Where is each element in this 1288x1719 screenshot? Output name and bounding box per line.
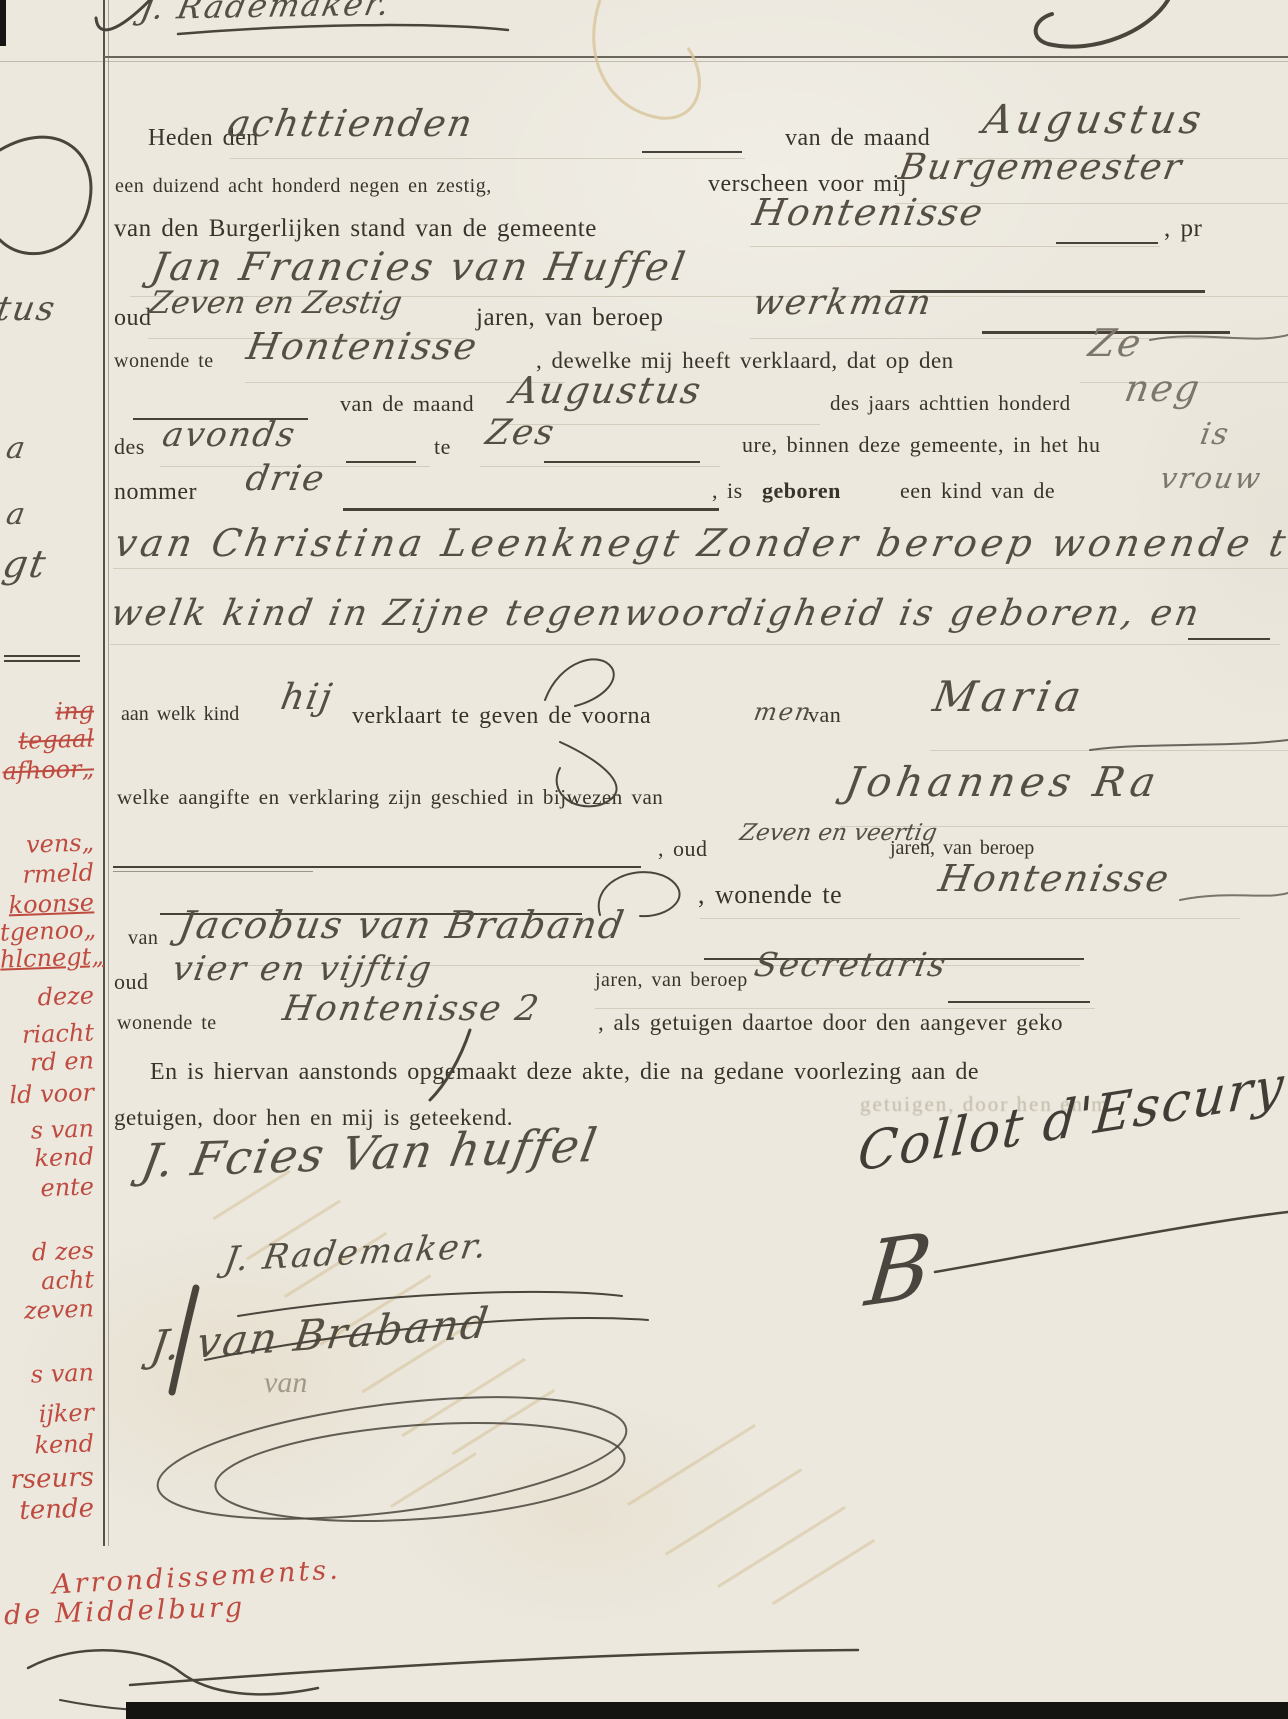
showthrough-word: van (264, 1368, 307, 1398)
printed-text: jaren, van beroep (890, 838, 1034, 858)
guide-line (750, 246, 1160, 247)
margin-note-red: rseurs (0, 1464, 94, 1493)
flourish-left-big-loop (0, 137, 91, 253)
handwritten-witness2-name: Jacobus van Braband (176, 906, 628, 944)
margin-note-red: koonse (0, 890, 94, 917)
signature-declarant: J. Fcies Van huffel (138, 1122, 602, 1184)
flourish-official-underline (935, 1212, 1288, 1272)
printed-text: verklaart te geven de voorna (352, 704, 651, 728)
handwritten-hij: hij (278, 680, 336, 716)
previous-act-signature: J. Rademaker. (138, 0, 394, 24)
printed-text: jaren, van beroep (595, 970, 748, 990)
guide-line (113, 568, 1288, 569)
margin-note-red: s van (0, 1360, 94, 1387)
margin-note-red: ente (0, 1174, 94, 1201)
margin-double-dash (4, 655, 80, 657)
signature-official-flourish-initial: B (862, 1221, 938, 1320)
flourish-bottom-long-tail (130, 1650, 858, 1685)
printed-text: een kind van de (900, 480, 1055, 502)
hatch-mark (390, 1452, 476, 1508)
handwritten-occupation: werkman (750, 286, 935, 321)
printed-text: van den Burgerlijken stand van de gemeen… (114, 216, 597, 241)
guide-line (595, 1008, 1095, 1009)
filled-dash (113, 871, 313, 872)
margin-note-red: tende (0, 1495, 94, 1524)
flourish-maria-tail (1090, 740, 1288, 750)
margin-note-red: hlcnegt„ (0, 944, 94, 971)
hatch-mark (627, 1424, 756, 1506)
filled-dash (113, 866, 641, 868)
handwritten-house-number: drie (243, 462, 328, 497)
top-horizontal-rule-faint (0, 61, 1288, 62)
guide-line (750, 338, 1230, 339)
printed-text: oud (114, 971, 149, 993)
handwritten-month: Augustus (508, 372, 705, 409)
guide-line (230, 158, 745, 159)
margin-note-red: s van (0, 1116, 94, 1143)
printed-text: des jaars achttien honderd (830, 393, 1071, 414)
guide-line (930, 750, 1288, 751)
handwritten-presence-line: welk kind in Zijne tegenwoordigheid is g… (108, 596, 1204, 632)
filled-dash (1188, 638, 1270, 640)
margin-fragment-black: a (4, 434, 29, 464)
margin-note-red: deze (0, 983, 94, 1010)
handwritten-witness2-occupation: Secretaris (752, 948, 950, 981)
flourish-ellipse1 (151, 1376, 633, 1541)
guide-line (110, 644, 1280, 645)
handwritten-year-fragment: neg (1122, 370, 1204, 407)
scan-edge-bottom (126, 1702, 1288, 1719)
printed-text: , als getuigen daartoe door den aangever… (598, 1011, 1063, 1034)
vertical-margin-rule-thin (108, 0, 109, 1546)
filled-dash (948, 1001, 1090, 1003)
printed-text: , is (712, 480, 743, 502)
margin-note-red: tegaal (0, 726, 94, 753)
filled-dash (346, 461, 416, 463)
margin-note-red: acht (0, 1267, 94, 1294)
printed-text: aan welk kind (121, 704, 239, 724)
margin-note-red: riacht (0, 1020, 94, 1047)
signature-witness2: J. van Braband (148, 1302, 492, 1368)
flourish-top-right-hook (1036, 0, 1168, 47)
handwritten-age: Zeven en Zestig (147, 288, 404, 319)
flourish-hontenisse2-tail (1180, 893, 1288, 900)
hatch-mark (452, 1389, 555, 1455)
margin-fragment-black: a (4, 500, 29, 530)
margin-note-red: d zes (0, 1238, 94, 1265)
guide-line (480, 466, 720, 467)
margin-note-red: zeven (0, 1296, 94, 1323)
filled-dash (544, 461, 700, 463)
handwritten-official-title: Burgemeester (896, 150, 1186, 186)
flourish-hij-upper-loop (545, 659, 614, 706)
margin-note-red: kend (0, 1431, 94, 1458)
margin-note-red-bottom: de Middelburg (4, 1594, 246, 1629)
handwritten-child-name: Maria (930, 676, 1089, 718)
showthrough-tan-loop (594, 0, 700, 118)
handwritten-daypart: avonds (160, 418, 299, 452)
top-horizontal-rule (104, 56, 1288, 58)
handwritten-vrouw: vrouw (1158, 464, 1264, 493)
margin-note-red: afhoor„ (0, 756, 94, 783)
handwritten-witness1-name: Johannes Ra (842, 762, 1164, 803)
handwritten-witness2-age: vier en vijftig (170, 952, 436, 986)
printed-text: nommer (114, 480, 197, 504)
margin-fragment-black: gt (0, 545, 50, 583)
hatch-mark (401, 1358, 526, 1437)
margin-note-red: ijker (0, 1400, 94, 1427)
handwritten-municipality: Hontenisse (750, 194, 987, 231)
filled-dash (343, 508, 719, 511)
margin-double-dash (4, 660, 80, 662)
printed-text: een duizend acht honderd negen en zestig… (115, 176, 492, 196)
printed-text: , oud (658, 838, 708, 860)
handwritten-witness2-residence: Hontenisse 2 (280, 992, 543, 1027)
printed-text: te (434, 436, 451, 458)
hatch-mark (665, 1468, 802, 1555)
handwritten-hour: Zes (483, 416, 558, 451)
printed-text: des (114, 436, 145, 458)
printed-text: wonende te (114, 351, 214, 371)
margin-note-red: rd en (0, 1048, 94, 1075)
printed-text: van de maand (340, 393, 474, 415)
handwritten-witness1-residence: Hontenisse (936, 860, 1173, 897)
margin-note-red: ld voor (0, 1080, 94, 1107)
printed-text: jaren, van beroep (476, 305, 663, 330)
filled-dash (890, 290, 1205, 293)
handwritten-month: Augustus (980, 100, 1208, 140)
margin-fragment-black: tus (0, 292, 59, 326)
margin-note-red: vens„ (0, 830, 94, 857)
margin-note-red: kend (0, 1144, 94, 1171)
handwritten-day-fragment: Ze (1086, 324, 1146, 362)
printed-text: ure, binnen deze gemeente, in het hu (742, 434, 1101, 456)
printed-text: oud (114, 306, 152, 330)
margin-note-red: tgenoo„ (0, 917, 94, 944)
printed-text: , wonende te (698, 882, 842, 908)
hatch-mark (772, 1539, 875, 1605)
printed-text: , pr (1164, 216, 1202, 241)
flourish-prev-signature-underline (178, 25, 508, 34)
printed-text-geboren: geboren (762, 480, 841, 502)
printed-text: welke aangifte en verklaring zijn geschi… (117, 787, 663, 808)
hatch-mark (717, 1506, 846, 1588)
handwritten-mother-line: van Christina Leenknegt Zonder beroep wo… (112, 524, 1288, 562)
scan-edge-top-left (0, 0, 6, 46)
margin-note-red: ing (0, 698, 94, 725)
margin-note-red: rmeld (0, 860, 94, 887)
handwritten-residence: Hontenisse (244, 328, 481, 365)
filled-dash (1056, 242, 1158, 244)
printed-text: van (128, 928, 158, 948)
signature-witness1: J. Rademaker. (222, 1229, 491, 1277)
handwritten-day: achttienden (225, 105, 477, 142)
flourish-bottom-scribble (28, 1650, 318, 1694)
printed-text: En is hiervan aanstonds opgemaakt deze a… (150, 1060, 979, 1084)
printed-text: van (808, 704, 841, 726)
printed-text: wonende te (117, 1013, 217, 1033)
margin-note-red-bottom: Arrondissements. (51, 1556, 341, 1598)
vertical-margin-rule (103, 0, 105, 1546)
birth-certificate-page: J. Rademaker. Heden den achttienden van … (0, 0, 1288, 1719)
handwritten-men: men (752, 700, 815, 724)
filled-dash (642, 151, 742, 153)
guide-line (700, 918, 1240, 919)
handwritten-declarant-name: Jan Francies van Huffel (148, 248, 691, 287)
handwritten-overlap: is (1198, 420, 1232, 450)
flourish-ellipse2 (212, 1411, 628, 1533)
